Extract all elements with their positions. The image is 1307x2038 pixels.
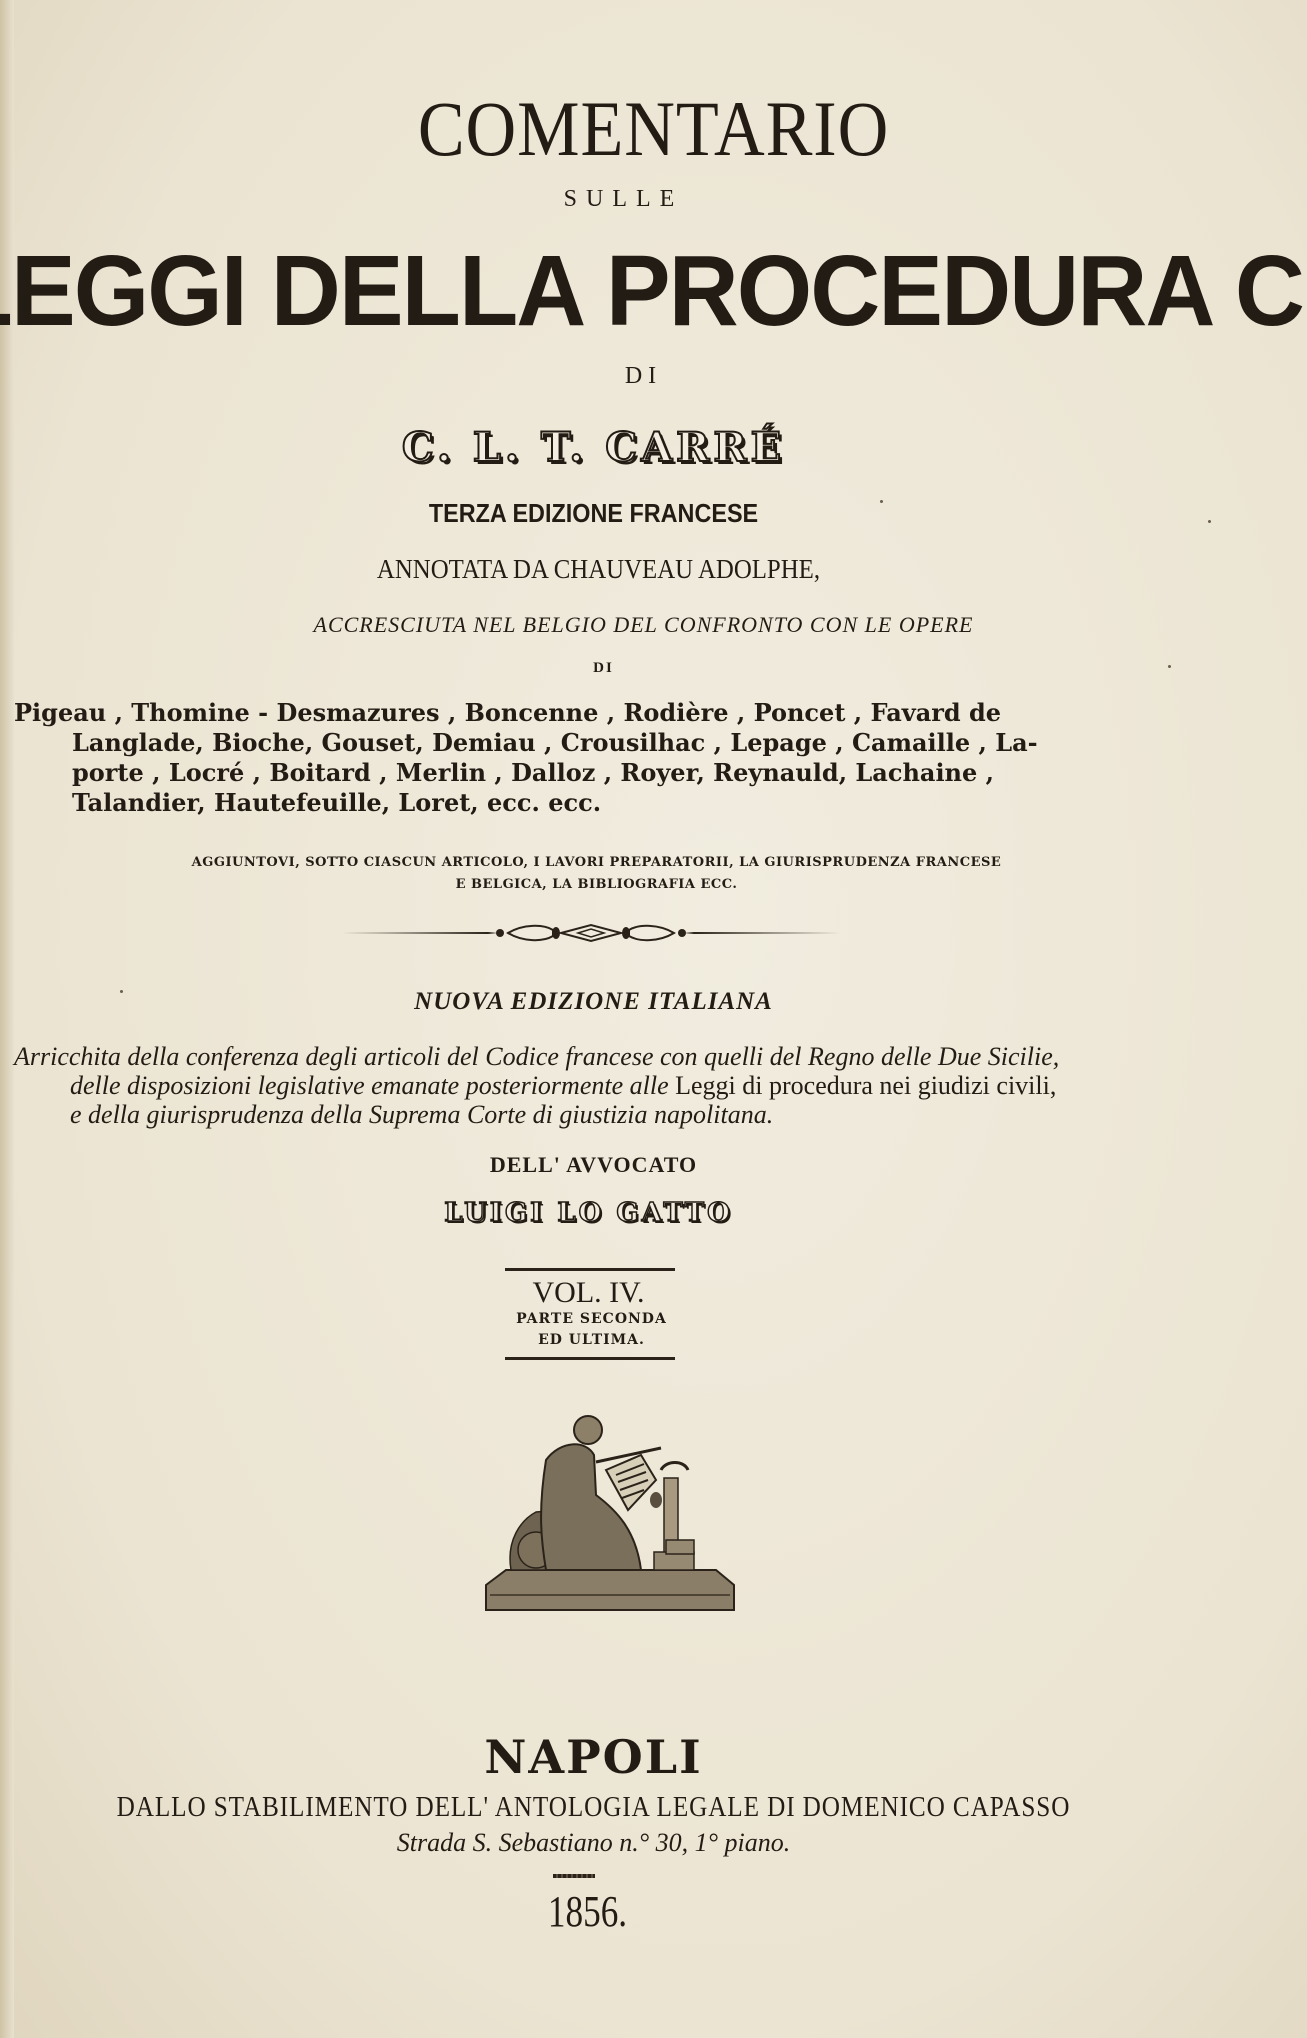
authorities-line: Langlade, Bioche, Gouset, Demiau , Crous… <box>14 728 1174 758</box>
title-connector: SULLE <box>0 186 1277 213</box>
imprint-dash-divider <box>553 1874 595 1878</box>
ornamental-divider-icon <box>338 922 844 944</box>
enrichment-line: e della giurisprudenza della Suprema Cor… <box>14 1100 1184 1129</box>
author-name: C. L. T. CARRÉ <box>0 424 1247 471</box>
additions-line: E BELGICA, LA BIBLIOGRAFIA ECC. <box>0 874 1250 896</box>
edition-statement: TERZA EDIZIONE FRANCESE <box>5 498 1181 529</box>
paper-speck <box>880 500 883 503</box>
enrichment-text: Arricchita della conferenza degli artico… <box>14 1042 1059 1071</box>
enrichment-statement: Arricchita della conferenza degli artico… <box>14 1042 1184 1129</box>
augmentation-statement: ACCRESCIUTA NEL BELGIO DEL CONFRONTO CON… <box>0 612 1297 638</box>
editor-name: LUIGI LO GATTO <box>0 1198 1242 1228</box>
enrichment-text: e della giurisprudenza della Suprema Cor… <box>70 1100 773 1129</box>
additions-line: AGGIUNTOVI, SOTTO CIASCUN ARTICOLO, I LA… <box>0 852 1250 874</box>
justice-figure-vignette-icon <box>466 1400 746 1620</box>
book-title: COMENTARIO <box>65 84 1241 174</box>
authorities-list: Pigeau , Thomine - Desmazures , Boncenne… <box>14 698 1174 818</box>
advocate-label: DELL' AVVOCATO <box>0 1152 1247 1178</box>
part-line-2: ED ULTIMA. <box>0 1332 1245 1348</box>
imprint-address: Strada S. Sebastiano n.° 30, 1° piano. <box>0 1828 1247 1858</box>
volume-number: VOL. IV. <box>0 1276 1242 1310</box>
additions-statement: AGGIUNTOVI, SOTTO CIASCUN ARTICOLO, I LA… <box>0 852 1250 896</box>
rule-bottom <box>505 1357 675 1360</box>
enrichment-line: delle disposizioni legislative emanate p… <box>14 1071 1184 1100</box>
by-label: DI <box>0 363 1297 390</box>
authorities-line: Talandier, Hautefeuille, Loret, ecc. ecc… <box>14 788 1174 818</box>
enrichment-line: Arricchita della conferenza degli artico… <box>14 1042 1184 1071</box>
part-line-1: PARTE SECONDA <box>0 1311 1245 1327</box>
imprint-year: 1856. <box>65 1886 1111 1937</box>
title-page: COMENTARIO SULLE LEGGI DELLA PROCEDURA C… <box>0 0 1307 2038</box>
authorities-line: porte , Locré , Boitard , Merlin , Dallo… <box>14 758 1174 788</box>
book-subtitle: LEGGI DELLA PROCEDURA CIVILE <box>0 236 1221 346</box>
new-edition-heading: NUOVA EDIZIONE ITALIANA <box>0 988 1247 1016</box>
enrichment-text: delle disposizioni legislative emanate p… <box>70 1071 675 1100</box>
paper-speck <box>1168 665 1171 668</box>
enrichment-text-roman: Leggi di procedura nei giudizi civili, <box>675 1071 1056 1100</box>
paper-speck <box>1208 520 1211 523</box>
imprint-publisher: DALLO STABILIMENTO DELL' ANTOLOGIA LEGAL… <box>5 1792 1181 1824</box>
annotator-statement: ANNOTATA DA CHAUVEAU ADOLPHE, <box>0 554 1200 585</box>
imprint-city: NAPOLI <box>0 1730 1247 1784</box>
by-label-2: DI <box>0 660 1257 677</box>
paper-speck <box>120 990 123 993</box>
rule-top <box>505 1268 675 1271</box>
authorities-line: Pigeau , Thomine - Desmazures , Boncenne… <box>14 698 1174 728</box>
